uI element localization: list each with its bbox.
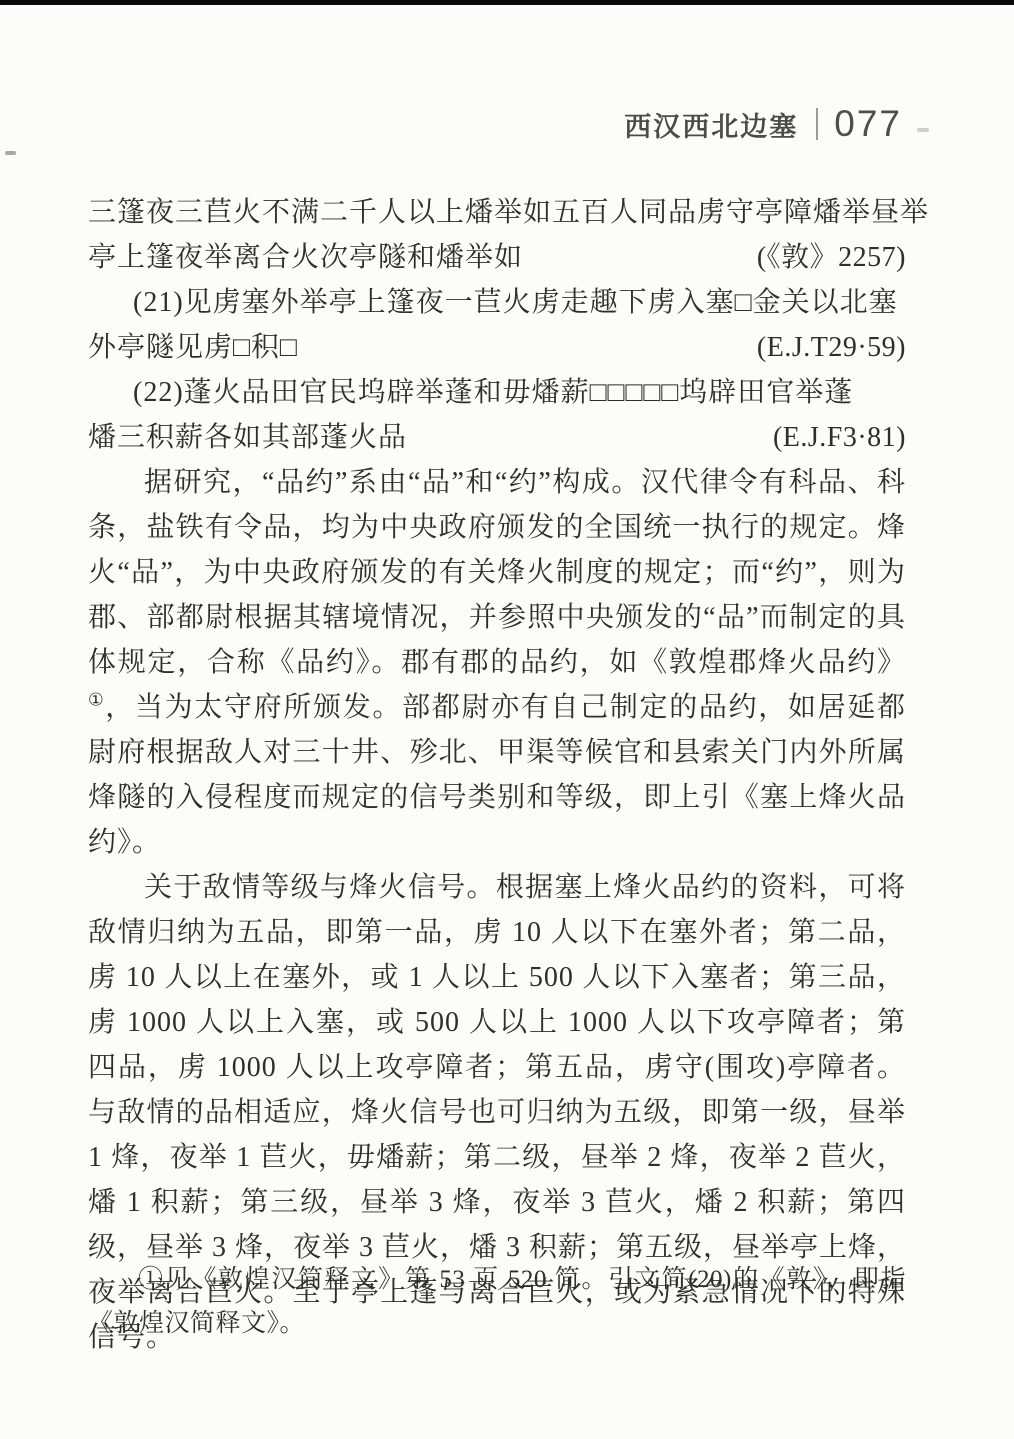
footnote-reference-mark: ① [88, 691, 105, 710]
transcription-text: 亭上篷夜举离合火次亭隧和燔举如 [88, 235, 523, 280]
transcription-line: 外亭隧见虏□积□ (E.J.T29·59) [88, 325, 906, 370]
paragraph-text: 据研究，“品约”系由“品”和“约”构成。汉代律令有科品、科条，盐铁有令品，均为中… [88, 467, 906, 678]
page-body: 三篷夜三苣火不满二千人以上燔举如五百人同品虏守亭障燔举昼举 亭上篷夜举离合火次亭… [88, 190, 906, 1360]
transcription-text: 外亭隧见虏□积□ [88, 325, 298, 370]
transcription-text: 三篷夜三苣火不满二千人以上燔举如五百人同品虏守亭障燔举昼举 [88, 190, 929, 235]
running-head-title: 西汉西北边塞 [624, 105, 798, 144]
footnote-line: ①见《敦煌汉简释文》第 53 页 520 简。引文简(20)的《敦》，即指《敦煌… [88, 1258, 906, 1346]
page-header: 西汉西北边塞 077 [624, 103, 902, 145]
scan-speck [5, 151, 16, 155]
source-citation: (E.J.T29·59) [757, 325, 906, 370]
source-citation: (《敦》2257) [757, 235, 906, 280]
footnote-block: ①见《敦煌汉简释文》第 53 页 520 简。引文简(20)的《敦》，即指《敦煌… [88, 1258, 906, 1346]
header-divider [816, 108, 818, 140]
footnote-marker: ① [138, 1266, 165, 1293]
transcription-line: (22)蓬火品田官民坞辟举蓬和毋燔薪□□□□□坞辟田官举蓬 [88, 370, 906, 415]
scan-edge-strip [0, 0, 1014, 5]
source-citation: (E.J.F3·81) [773, 415, 906, 460]
transcription-text: 燔三积薪各如其部蓬火品 [88, 415, 407, 460]
transcription-line: (21)见虏塞外举亭上篷夜一苣火虏走趣下虏入塞□金关以北塞 [88, 280, 906, 325]
transcription-block: 三篷夜三苣火不满二千人以上燔举如五百人同品虏守亭障燔举昼举 亭上篷夜举离合火次亭… [88, 190, 906, 460]
transcription-line: 亭上篷夜举离合火次亭隧和燔举如 (《敦》2257) [88, 235, 906, 280]
paragraph-text: ，当为太守府所颁发。部都尉亦有自己制定的品约，如居延都尉府根据敌人对三十井、殄北… [88, 692, 906, 858]
transcription-line: 燔三积薪各如其部蓬火品 (E.J.F3·81) [88, 415, 906, 460]
paragraph-pinyue: 据研究，“品约”系由“品”和“约”构成。汉代律令有科品、科条，盐铁有令品，均为中… [88, 460, 906, 865]
transcription-text: (21)见虏塞外举亭上篷夜一苣火虏走趣下虏入塞□金关以北塞 [133, 280, 898, 325]
transcription-text: (22)蓬火品田官民坞辟举蓬和毋燔薪□□□□□坞辟田官举蓬 [133, 370, 853, 415]
page-number: 077 [834, 103, 902, 145]
footnote-text: 见《敦煌汉简释文》第 53 页 520 简。引文简(20)的《敦》，即指《敦煌汉… [88, 1266, 906, 1337]
scan-speck [917, 128, 929, 132]
transcription-line: 三篷夜三苣火不满二千人以上燔举如五百人同品虏守亭障燔举昼举 [88, 190, 906, 235]
